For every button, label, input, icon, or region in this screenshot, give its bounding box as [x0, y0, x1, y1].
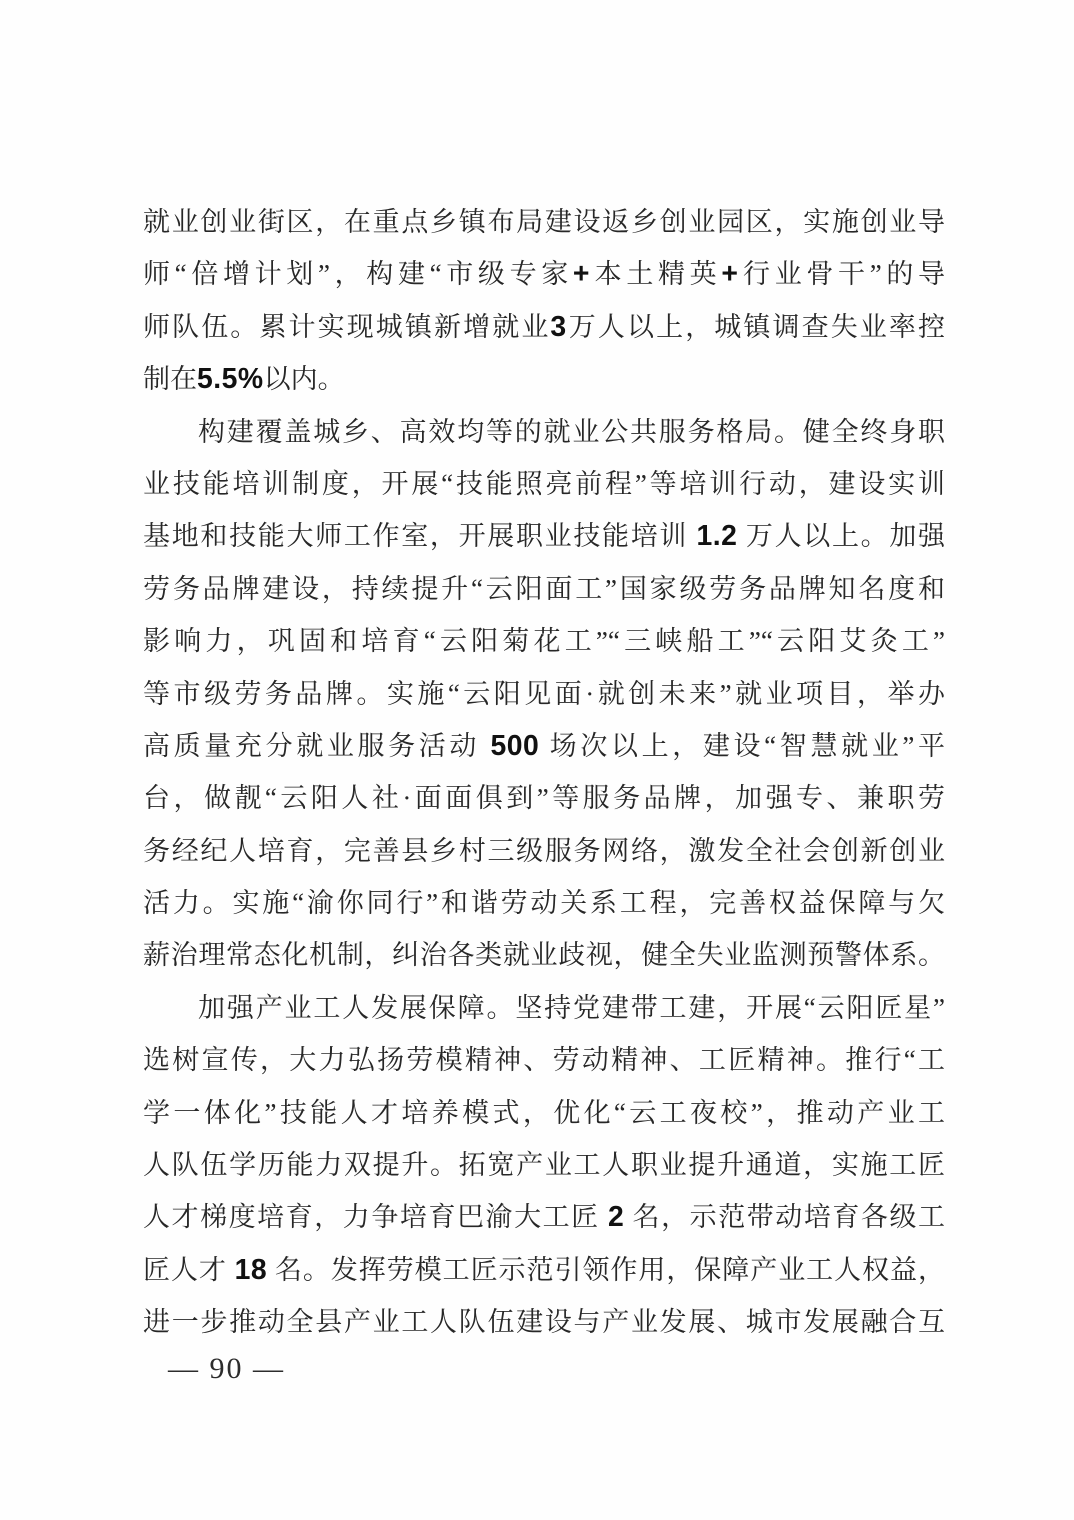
text-line: 基地和技能大师工作室，开展职业技能培训 1.2 万人以上。加强: [143, 510, 945, 562]
numeral: 500: [490, 730, 539, 762]
numeral: 1.2: [697, 520, 738, 552]
text-line: 制在5.5%以内。: [143, 353, 945, 405]
text-line: 加强产业工人发展保障。坚持党建带工建，开展“云阳匠星”: [143, 982, 945, 1034]
text-line: 匠人才 18 名。发挥劳模工匠示范引领作用，保障产业工人权益，: [143, 1244, 945, 1296]
text-line: 人队伍学历能力双提升。拓宽产业工人职业提升通道，实施工匠: [143, 1139, 945, 1191]
text-line: 影响力，巩固和培育“云阳菊花工”“三峡船工”“云阳艾灸工”: [143, 615, 945, 667]
text-line: 劳务品牌建设，持续提升“云阳面工”国家级劳务品牌知名度和: [143, 563, 945, 615]
text-line: 务经纪人培育，完善县乡村三级服务网络，激发全社会创新创业: [143, 825, 945, 877]
text-line: 业技能培训制度，开展“技能照亮前程”等培训行动，建设实训: [143, 458, 945, 510]
text-line: 活力。实施“渝你同行”和谐劳动关系工程，完善权益保障与欠: [143, 877, 945, 929]
text-line: 选树宣传，大力弘扬劳模精神、劳动精神、工匠精神。推行“工: [143, 1034, 945, 1086]
text-line: 师“倍增计划”，构建“市级专家+本土精英+行业骨干”的导: [143, 248, 945, 300]
text-line: 薪治理常态化机制，纠治各类就业歧视，健全失业监测预警体系。: [143, 929, 945, 981]
numeral: 18: [235, 1254, 268, 1286]
page-number: — 90 —: [168, 1352, 285, 1386]
numeral: +: [721, 258, 738, 290]
numeral: +: [573, 258, 590, 290]
text-line: 学一体化”技能人才培养模式，优化“云工夜校”，推动产业工: [143, 1087, 945, 1139]
numeral: 5.5%: [197, 363, 264, 395]
document-body: 就业创业街区，在重点乡镇布局建设返乡创业园区，实施创业导师“倍增计划”，构建“市…: [143, 196, 945, 1349]
text-line: 就业创业街区，在重点乡镇布局建设返乡创业园区，实施创业导: [143, 196, 945, 248]
text-line: 高质量充分就业服务活动 500 场次以上，建设“智慧就业”平: [143, 720, 945, 772]
numeral: 3: [550, 311, 566, 343]
text-line: 台，做靓“云阳人社·面面俱到”等服务品牌，加强专、兼职劳: [143, 772, 945, 824]
numeral: 2: [608, 1201, 624, 1233]
text-line: 人才梯度培育，力争培育巴渝大工匠 2 名，示范带动培育各级工: [143, 1191, 945, 1243]
text-line: 师队伍。累计实现城镇新增就业3万人以上，城镇调查失业率控: [143, 301, 945, 353]
text-line: 等市级劳务品牌。实施“云阳见面·就创未来”就业项目，举办: [143, 668, 945, 720]
text-line: 构建覆盖城乡、高效均等的就业公共服务格局。健全终身职: [143, 406, 945, 458]
text-line: 进一步推动全县产业工人队伍建设与产业发展、城市发展融合互: [143, 1296, 945, 1348]
document-page: 就业创业街区，在重点乡镇布局建设返乡创业园区，实施创业导师“倍增计划”，构建“市…: [0, 0, 1074, 1520]
